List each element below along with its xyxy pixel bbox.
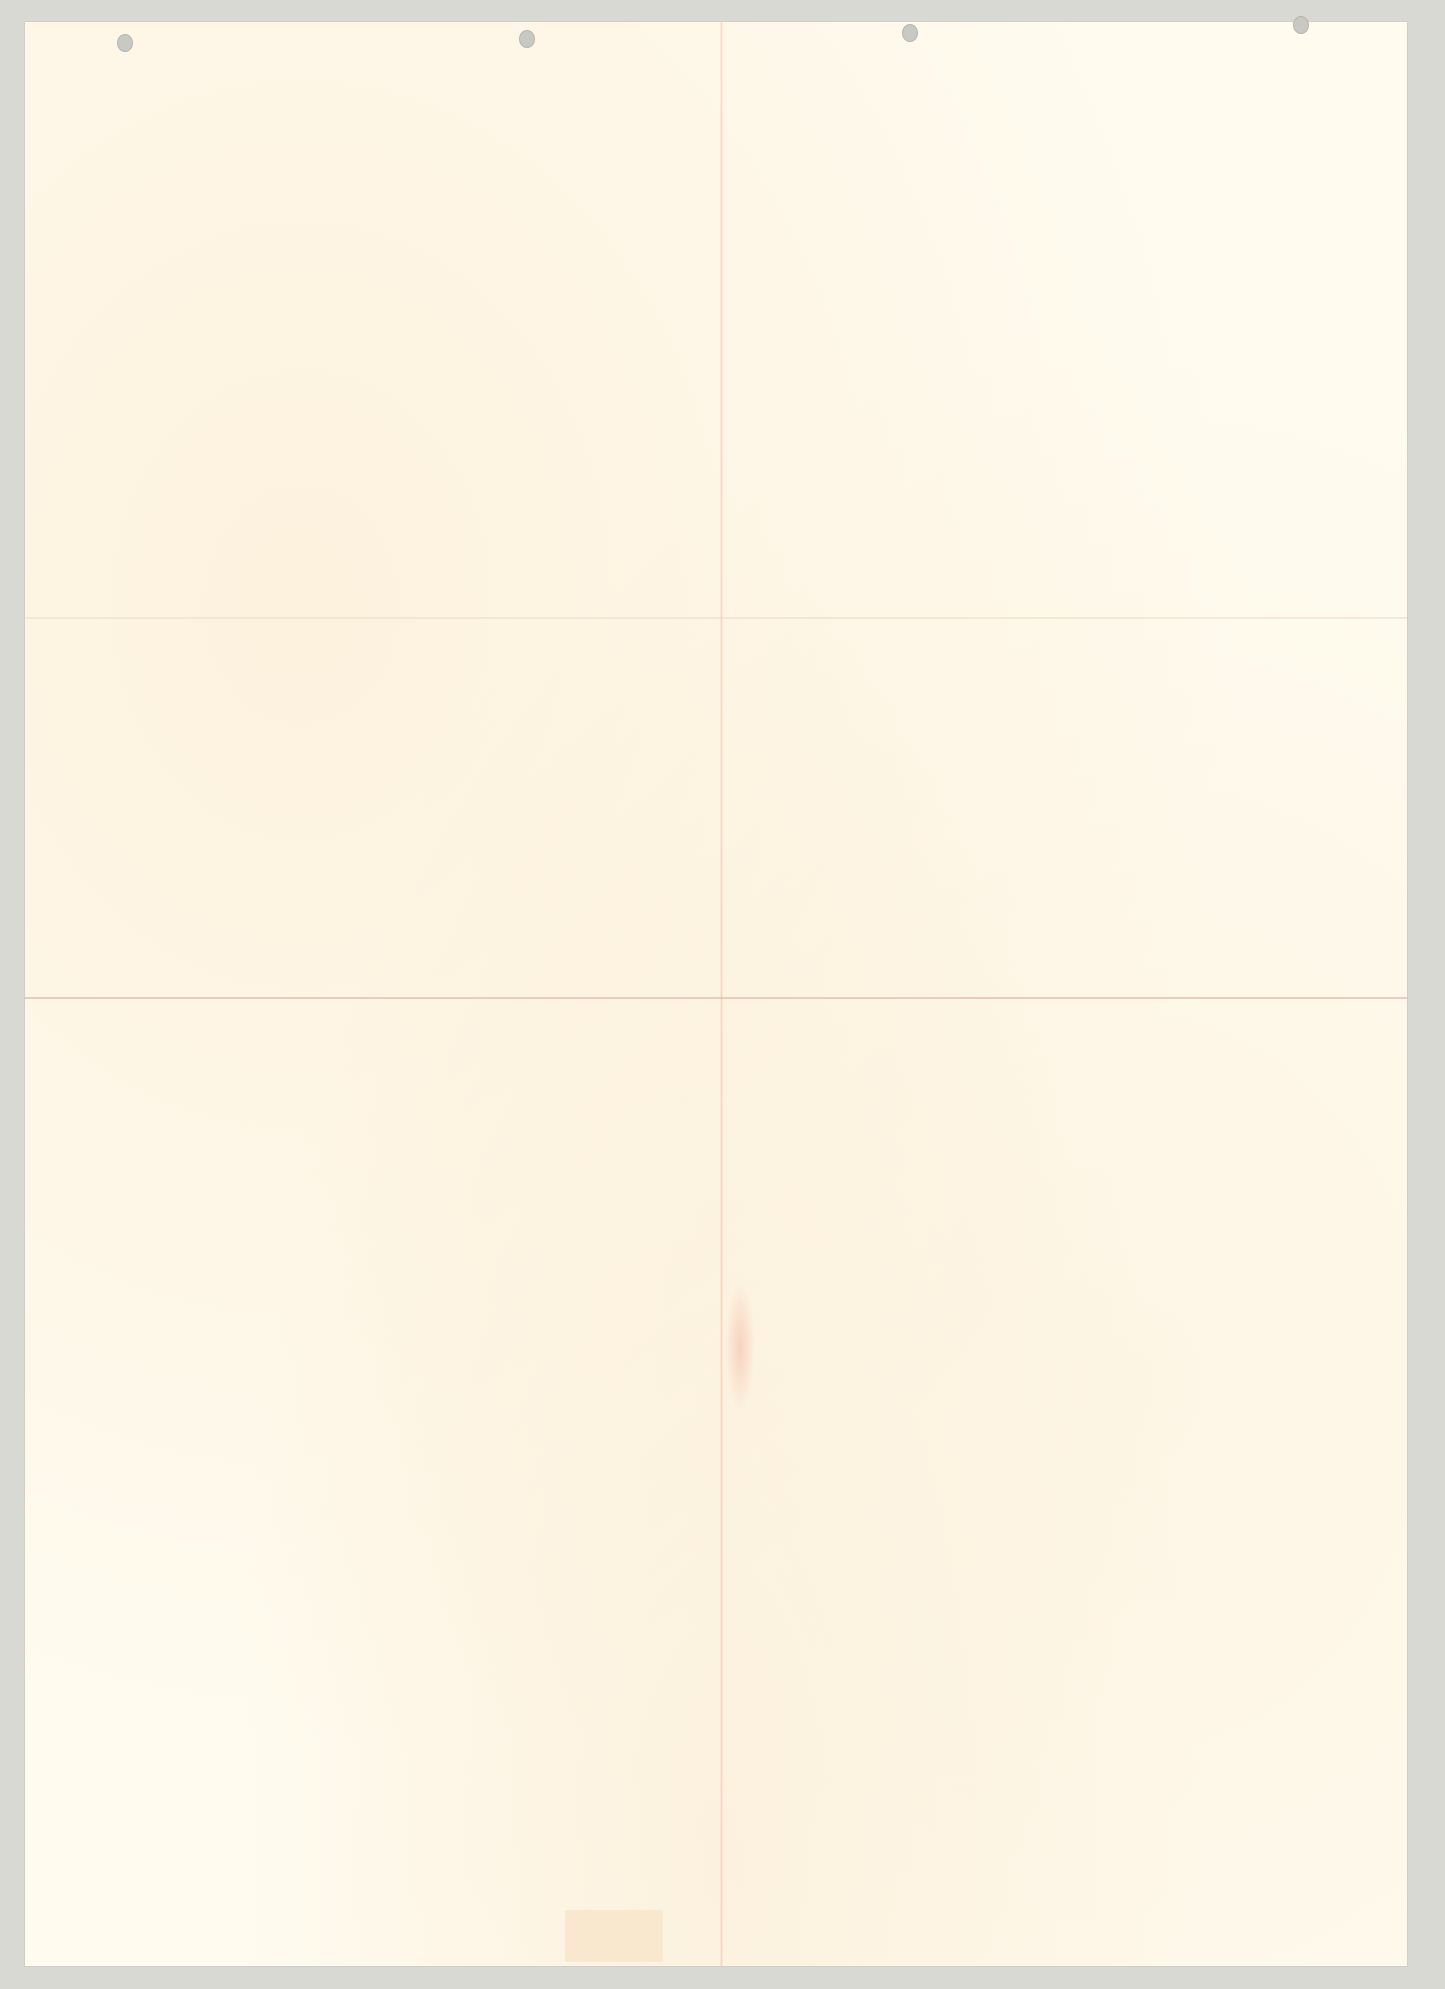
paper-sheet [25,22,1407,1966]
tape-remnant [565,1910,663,1962]
punch-hole [117,34,133,52]
punch-hole [902,24,918,42]
punch-hole [1293,16,1309,34]
horizontal-fold-line-upper [25,617,1407,619]
page-text [25,22,26,23]
horizontal-fold-line-middle [25,997,1407,999]
ink-bleed-through [725,1282,755,1412]
punch-hole [519,30,535,48]
vertical-fold-line [720,22,723,1966]
